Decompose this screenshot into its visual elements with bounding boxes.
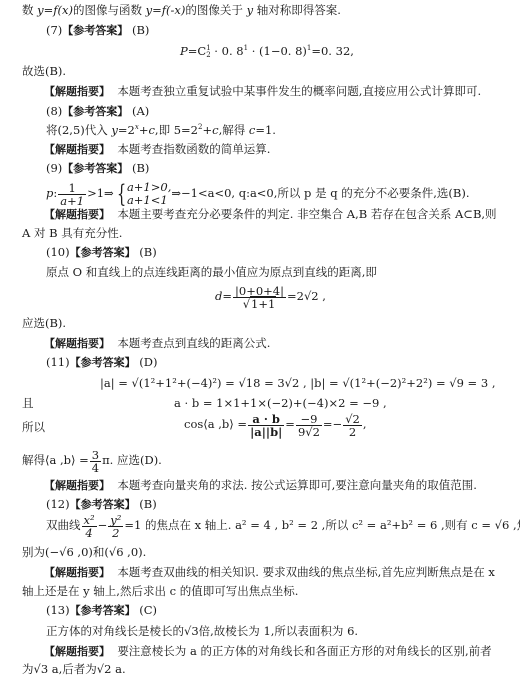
q10-guide: 【解题指要】 本题考查点到直线的距离公式. (44, 336, 270, 351)
q7-answer-line: (7)【参考答案】 (B) (46, 23, 149, 38)
text: 的图像关于 (185, 3, 246, 17)
guide-text: 本题考查双曲线的相关知识. 要求双曲线的焦点坐标,首先应判断焦点是在 x (117, 565, 495, 579)
guide-label: 【解题指要】 (44, 85, 110, 98)
answer-label: 【参考答案】 (70, 604, 136, 617)
formula: P (180, 44, 188, 58)
left-brace-icon: { (117, 182, 126, 206)
denominator: 2 (343, 426, 362, 438)
formula: : (53, 186, 57, 200)
guide-text: 本题主要考查充分必要条件的判定. 非空集合 A,B 若存在包含关系 A⊂B,则 (117, 207, 496, 221)
q10-solution: 原点 O 和直线上的点连线距离的最小值应为原点到直线的距离,即 (46, 265, 377, 279)
answer-label: 【参考答案】 (70, 246, 136, 259)
q12-guide: 【解题指要】 本题考查双曲线的相关知识. 要求双曲线的焦点坐标,首先应判断焦点是… (44, 565, 495, 580)
q11-cos-formula: cos⟨a ,b⟩ =a · b|a||b|=−99√2=−√22, (184, 410, 367, 438)
guide-text: 本题考查指数函数的简单运算. (117, 142, 270, 156)
question-number: (11) (46, 355, 70, 369)
case: a+1<1 (127, 194, 171, 207)
q10-conclusion: 应选(B). (22, 316, 66, 330)
formula: = (222, 289, 232, 303)
question-number: (10) (46, 245, 70, 259)
q11-so-label: 所以 (22, 420, 45, 434)
guide-label: 【解题指要】 (44, 337, 110, 350)
question-number: (12) (46, 497, 70, 511)
guide-label: 【解题指要】 (44, 143, 110, 156)
fraction: √22 (343, 413, 362, 438)
denominator: a+1 (58, 195, 86, 207)
numerator: 1 (58, 182, 86, 195)
q7-formula: P=C12 · 0. 81 · (1−0. 8)1=0. 32, (180, 44, 354, 59)
formula: + (202, 123, 212, 137)
q13-answer-line: (13)【参考答案】 (C) (46, 603, 157, 618)
q6-conclusion: 数 y=f(x)的图像与函数 y=f(-x)的图像关于 y 轴对称即得答案. (22, 3, 341, 17)
text: 双曲线 (46, 518, 81, 532)
guide-text: 本题考查向量夹角的求法. 按公式运算即可,要注意向量夹角的取值范围. (117, 478, 477, 492)
fraction: y²2 (108, 514, 123, 539)
q7-guide: 【解题指要】 本题考查独立重复试验中某事件发生的概率问题,直接应用公式计算即可. (44, 84, 481, 99)
answer-choice: (B) (139, 497, 156, 511)
answer-choice: (B) (139, 245, 156, 259)
answer-label: 【参考答案】 (62, 162, 128, 175)
q13-solution: 正方体的对角线长是棱长的√3倍,故棱长为 1,所以表面积为 6. (46, 624, 358, 638)
q9-answer-line: (9)【参考答案】 (B) (46, 161, 149, 176)
question-number: (8) (46, 104, 62, 118)
text: 轴对称即得答案. (253, 3, 341, 17)
denominator: |a||b| (248, 426, 284, 438)
numerator: −9 (296, 413, 322, 426)
guide-label: 【解题指要】 (44, 208, 110, 221)
formula: − (98, 518, 108, 532)
q8-solution: 将(2,5)代入 y=2x+c,即 5=22+c,解得 c=1. (46, 123, 276, 137)
q13-guide: 【解题指要】 要注意棱长为 a 的正方体的对角线长和各面正方形的对角线长的区别,… (44, 644, 492, 659)
q8-guide: 【解题指要】 本题考查指数函数的简单运算. (44, 142, 270, 157)
answer-choice: (B) (132, 161, 149, 175)
formula: =0. 32, (311, 44, 354, 58)
denominator: 2 (108, 527, 123, 539)
answer-choice: (D) (139, 355, 157, 369)
text: ⇒−1<a<0, q:a<0,所以 p 是 q 的充分不必要条件,选(B). (171, 186, 469, 200)
q8-answer-line: (8)【参考答案】 (A) (46, 104, 149, 119)
q12-solution: 双曲线x²4−y²2=1 的焦点在 x 轴上. a² = 4 , b² = 2 … (46, 511, 520, 539)
q9-guide-cont: A 对 B 具有充分性. (22, 226, 122, 240)
q9-solution: p:1a+1>1⇒{a+1>0,a+1<1⇒−1<a<0, q:a<0,所以 p… (46, 180, 469, 207)
q11-dot-product: a · b = 1×1+1×(−2)+(−4)×2 = −9 , (174, 396, 387, 410)
text: 将(2,5)代入 (46, 123, 111, 137)
formula: · (1−0. 8) (248, 44, 307, 58)
text: =1. (255, 123, 276, 137)
q12-solution-cont: 别为(−√6 ,0)和(√6 ,0). (22, 545, 146, 559)
formula: =C (188, 44, 206, 58)
formula: · 0. 8 (211, 44, 244, 58)
answer-choice: (B) (132, 23, 149, 37)
text: =1 的焦点在 x 轴上. a² = 4 , b² = 2 ,所以 c² = a… (124, 518, 520, 532)
guide-text: 本题考查点到直线的距离公式. (117, 336, 270, 350)
numerator: x² (82, 514, 97, 527)
answer-choice: (C) (139, 603, 157, 617)
guide-label: 【解题指要】 (44, 566, 110, 579)
fraction: −99√2 (296, 413, 322, 438)
denominator: 9√2 (296, 426, 322, 438)
numerator: a · b (248, 413, 284, 426)
formula: y=f(x) (37, 3, 73, 17)
fraction: |0+0+4|√1+1 (233, 285, 286, 310)
formula: cos⟨a ,b⟩ = (184, 417, 247, 431)
formula: , (363, 417, 367, 431)
answer-choice: (A) (132, 104, 149, 118)
text: 数 (22, 3, 37, 17)
denominator: 4 (82, 527, 97, 539)
fraction: a · b|a||b| (248, 413, 284, 438)
q11-answer-line: (11)【参考答案】 (D) (46, 355, 157, 370)
q11-magnitudes: |a| = √(1²+1²+(−4)²) = √18 = 3√2 , |b| =… (100, 376, 495, 390)
numerator: y² (108, 514, 123, 527)
q10-answer-line: (10)【参考答案】 (B) (46, 245, 157, 260)
answer-label: 【参考答案】 (62, 24, 128, 37)
q9-guide: 【解题指要】 本题主要考查充分必要条件的判定. 非空集合 A,B 若存在包含关系… (44, 207, 497, 222)
guide-label: 【解题指要】 (44, 645, 110, 658)
formula: =2 (118, 123, 135, 137)
q11-guide: 【解题指要】 本题考查向量夹角的求法. 按公式运算即可,要注意向量夹角的取值范围… (44, 478, 477, 493)
text: ,即 5=2 (155, 123, 198, 137)
answer-label: 【参考答案】 (70, 498, 136, 511)
q10-formula: d=|0+0+4|√1+1=2√2 , (215, 282, 326, 310)
question-number: (7) (46, 23, 62, 37)
guide-label: 【解题指要】 (44, 479, 110, 492)
fraction: 34 (90, 449, 101, 474)
denominator: √1+1 (233, 298, 286, 310)
answer-label: 【参考答案】 (62, 105, 128, 118)
fraction: 1a+1 (58, 182, 86, 207)
cases: a+1>0,a+1<1 (127, 181, 171, 207)
q11-solve: 解得⟨a ,b⟩ =34π. 应选(D). (22, 446, 162, 474)
formula: >1⇒ (87, 186, 114, 200)
q12-guide-cont: 轴上还是在 y 轴上,然后求出 c 的值即可写出焦点坐标. (22, 584, 298, 598)
formula: y=f(-x) (146, 3, 186, 17)
question-number: (13) (46, 603, 70, 617)
text: ,解得 (219, 123, 249, 137)
q11-and-label: 且 (22, 396, 34, 410)
radicand: 1+1 (250, 296, 276, 311)
answer-label: 【参考答案】 (70, 356, 136, 369)
text: π. 应选(D). (102, 453, 162, 467)
numerator: 3 (90, 449, 101, 462)
guide-text: 本题考查独立重复试验中某事件发生的概率问题,直接应用公式计算即可. (117, 84, 481, 98)
q7-conclusion: 故选(B). (22, 64, 66, 78)
q13-guide-cont: 为√3 a,后者为√2 a. (22, 662, 126, 676)
question-number: (9) (46, 161, 62, 175)
q12-answer-line: (12)【参考答案】 (B) (46, 497, 157, 512)
numerator: √2 (343, 413, 362, 426)
sqrt-icon: √ (243, 297, 250, 311)
formula: =2√2 , (287, 289, 326, 303)
guide-text: 要注意棱长为 a 的正方体的对角线长和各面正方形的对角线长的区别,前者 (117, 644, 491, 658)
denominator: 4 (90, 462, 101, 474)
fraction: x²4 (82, 514, 97, 539)
formula: 解得⟨a ,b⟩ = (22, 453, 89, 467)
text: 的图像与函数 (73, 3, 146, 17)
